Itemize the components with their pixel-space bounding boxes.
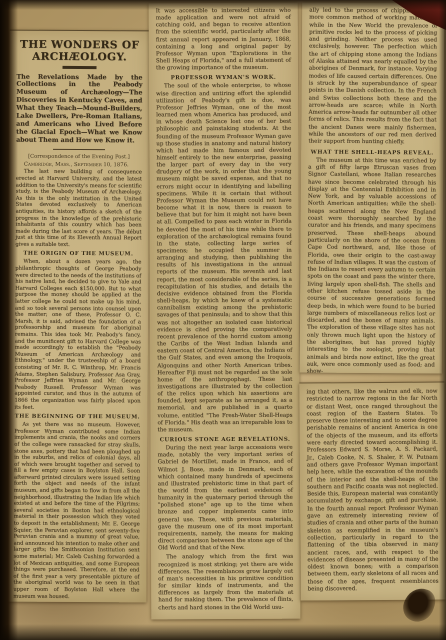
paragraph-accessible: It was accessible to interested citizens…: [156, 8, 291, 73]
crosshead-what-the-shell-heaps-reveal: WHAT THE SHELL-HEAPS REVEAL.: [308, 149, 436, 156]
paragraph-intro: The last new building of consequence ere…: [15, 169, 141, 249]
deck-rule: [53, 149, 105, 150]
article-headline: THE WONDERS OF ARCHÆOLOGY.: [17, 39, 143, 64]
paragraph-beginning: As yet there was no museum. However, Pro…: [13, 422, 140, 601]
clipping-left-column: THE WONDERS OF ARCHÆOLOGY. The Revelatio…: [6, 30, 149, 603]
clipping-right-column-upper: ally led to the process of chipping as t…: [300, 3, 445, 374]
correspondence-line: [Correspondence of the Evening Post.]: [16, 154, 142, 161]
crosshead-professor-wymans-work: PROFESSOR WYMAN'S WORK.: [156, 75, 291, 82]
page-bottom-shadow: [0, 624, 446, 640]
paragraph-origin: When, about a dozen years ago, the phila…: [14, 259, 141, 411]
paragraph-analogy: The analogy which from the first was rec…: [158, 554, 293, 612]
page-right-shadow: [439, 0, 446, 640]
clipping-right-column-lower: ing that others, like the walrus and elk…: [299, 382, 445, 601]
headline-rule: [63, 66, 97, 69]
paragraph-shell-heaps: The museum at this time was enriched by …: [307, 157, 437, 373]
book-gutter-shadow: [0, 0, 18, 640]
paragraph-preservation: ing that others, like the walrus and elk…: [306, 389, 438, 594]
paragraph-wyman: The soul of the whole enterprise, to who…: [156, 83, 293, 434]
crosshead-curious-stone-age-revelations: CURIOUS STONE AGE REVELATIONS.: [158, 437, 293, 444]
clipping-middle-column: It was accessible to interested citizens…: [149, 3, 301, 620]
page-top-shadow: [0, 0, 446, 10]
paragraph-accessions: During the next year large accessions we…: [158, 445, 293, 553]
paragraph-chipping: ally led to the process of chipping as t…: [308, 8, 437, 148]
scrapbook-photo: THE WONDERS OF ARCHÆOLOGY. The Revelatio…: [0, 0, 446, 640]
crosshead-beginning-of-the-museum: THE BEGINNING OF THE MUSEUM.: [14, 414, 140, 421]
dateline: Cambridge, Mass., September 10, 1876.: [16, 162, 142, 169]
article-deck: The Revelations Made by the Collections …: [16, 73, 142, 146]
crosshead-origin-of-the-museum: THE ORIGIN OF THE MUSEUM.: [15, 251, 141, 258]
